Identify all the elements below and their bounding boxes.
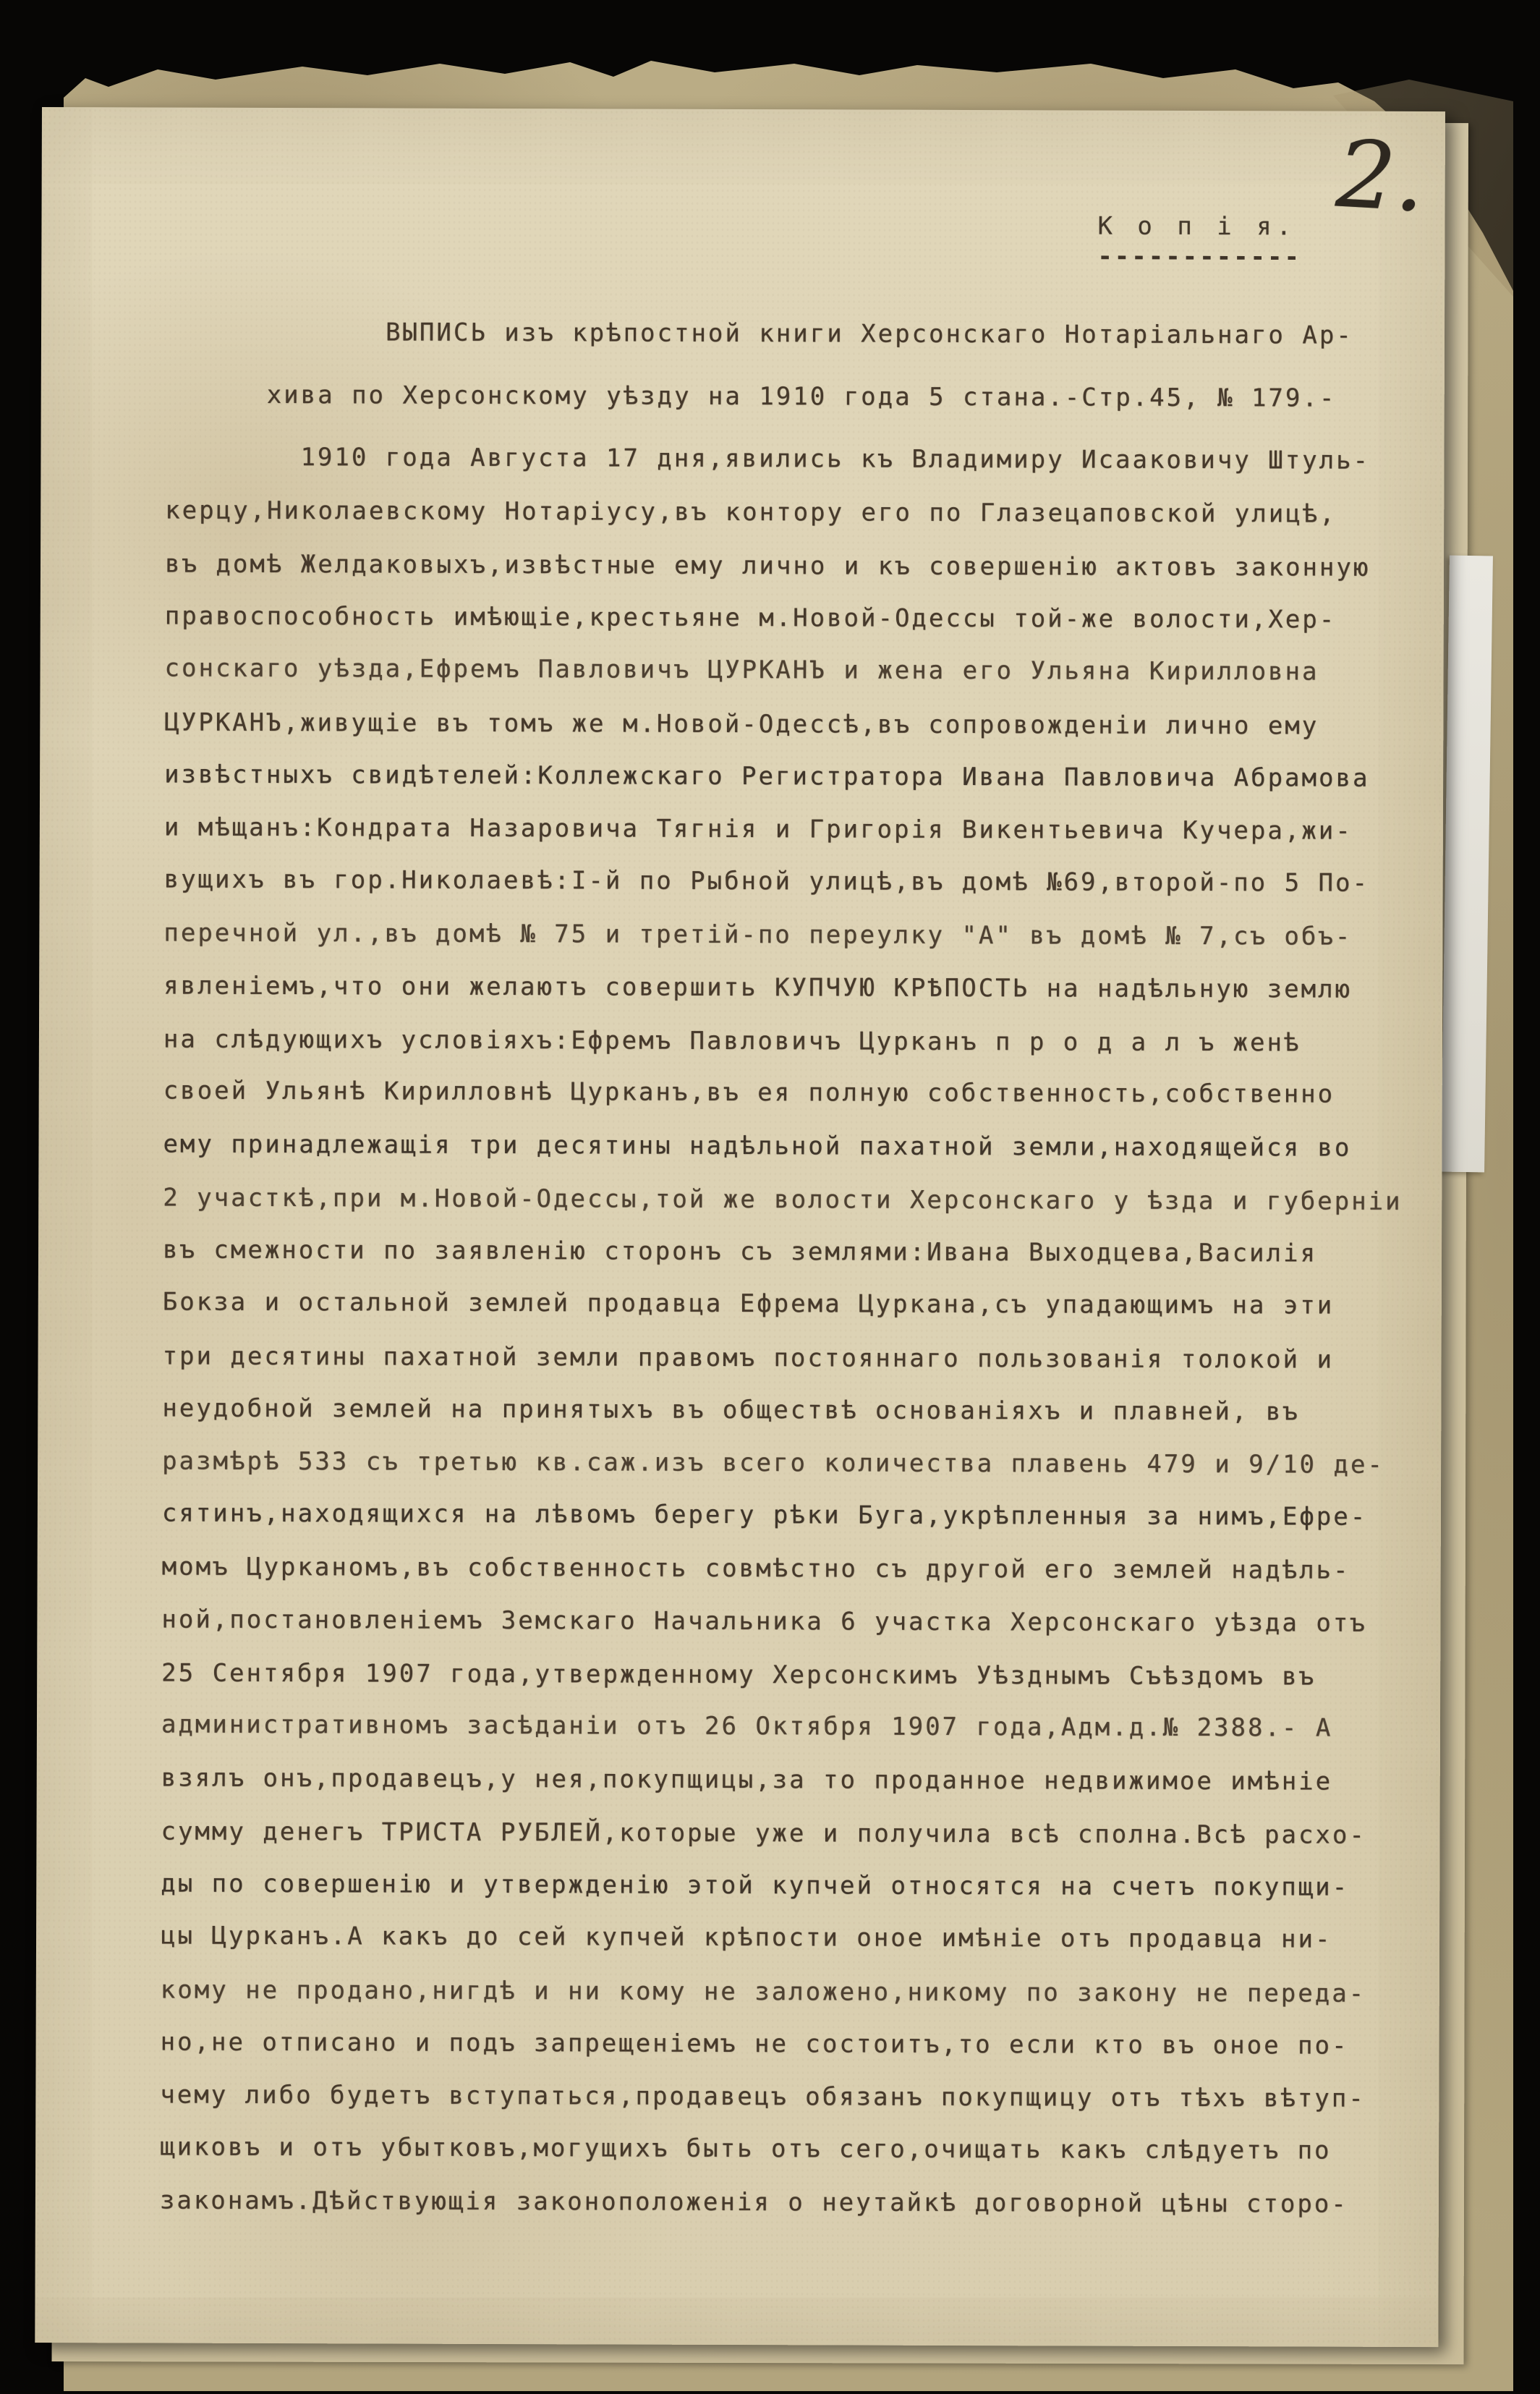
typed-line: размѣрѣ 533 съ третью кв.саж.изъ всего к… (162, 1435, 1435, 1493)
typed-line: сятинъ,находящихся на лѣвомъ берегу рѣки… (162, 1487, 1435, 1545)
typed-line: и мѣщанъ:Кондрата Назаровича Тягнія и Гр… (164, 802, 1437, 859)
scanned-document-photo: { "document": { "page_number_handwritten… (0, 0, 1540, 2394)
typed-line: сонскаго уѣзда,Ефремъ Павловичъ ЦУРКАНЪ … (164, 642, 1437, 700)
handwritten-page-number: 2. (1334, 121, 1484, 237)
document-page: 2. К о п і я. ------------ ВЫПИСЬ изъ кр… (35, 107, 1445, 2347)
typed-line: щиковъ и отъ убытковъ,могущихъ быть отъ … (160, 2121, 1433, 2178)
typed-line: на слѣдующихъ условіяхъ:Ефремъ Павловичъ… (163, 1014, 1437, 1071)
copy-label: К о п і я. (1097, 211, 1301, 243)
typed-line: ЦУРКАНЪ,живущіе въ томъ же м.Новой-Одесс… (164, 697, 1437, 754)
copy-label-block: К о п і я. ------------ (1097, 211, 1301, 271)
typed-line: законамъ.Дѣйствующія законоположенія о н… (160, 2175, 1433, 2232)
typed-line: момъ Цурканомъ,въ собственность совмѣстн… (162, 1541, 1435, 1598)
heading-line: хива по Херсонскому уѣзду на 1910 года 5… (166, 364, 1439, 430)
typed-line: взялъ онъ,продавецъ,у нея,покупщицы,за т… (161, 1752, 1434, 1809)
bookmark-strip (1441, 556, 1493, 1173)
typed-line: но,не отписано и подъ запрещеніемъ не со… (160, 2016, 1433, 2073)
typed-line: неудобной землей на принятыхъ въ обществ… (162, 1383, 1435, 1440)
typed-line: въ смежности по заявленію сторонъ съ зем… (163, 1224, 1436, 1281)
typed-line: Бокза и остальной землей продавца Ефрема… (163, 1276, 1436, 1333)
typed-line: сумму денегъ ТРИСТА РУБЛЕЙ,которые уже и… (161, 1806, 1434, 1863)
typed-line: правоспособность имѣющіе,крестьяне м.Нов… (165, 590, 1438, 648)
typed-line: перечной ул.,въ домѣ № 75 и третій-по пе… (163, 907, 1437, 964)
typed-line: въ домѣ Желдаковыхъ,извѣстные ему лично … (165, 538, 1438, 595)
typed-line: ему принадлежащія три десятины надѣльной… (163, 1119, 1436, 1176)
typed-line: цы Цурканъ.А какъ до сей купчей крѣпости… (161, 1910, 1434, 1967)
typed-line: кому не продано,нигдѣ и ни кому не залож… (161, 1964, 1434, 2021)
document-body: 1910 года Августа 17 дня,явились къ Влад… (160, 432, 1439, 2232)
typed-line: 1910 года Августа 17 дня,явились къ Влад… (165, 431, 1438, 488)
typed-line: керцу,Николаевскому Нотаріусу,въ контору… (165, 485, 1438, 542)
document-heading: ВЫПИСЬ изъ крѣпостной книги Херсонскаго … (166, 302, 1439, 430)
typed-line: явленіемъ,что они желаютъ совершить КУПЧ… (163, 960, 1437, 1017)
typed-line: ной,постановленіемъ Земскаго Начальника … (161, 1594, 1434, 1651)
typed-line: ды по совершенію и утвержденію этой купч… (161, 1858, 1434, 1915)
typed-line: административномъ засѣданіи отъ 26 Октяб… (161, 1699, 1434, 1756)
typed-line: чему либо будетъ вступаться,продавецъ об… (160, 2069, 1433, 2126)
typed-line: 25 Сентября 1907 года,утвержденному Херс… (161, 1647, 1434, 1705)
typed-line: три десятины пахатной земли правомъ пост… (162, 1330, 1435, 1388)
typed-line: извѣстныхъ свидѣтелей:Коллежскаго Регист… (164, 749, 1437, 806)
typed-line: вущихъ въ гор.Николаевѣ:I-й по Рыбной ул… (164, 854, 1437, 911)
heading-line: ВЫПИСЬ изъ крѣпостной книги Херсонскаго … (166, 301, 1439, 368)
typed-line: 2 участкѣ,при м.Новой-Одессы,той же воло… (163, 1172, 1436, 1229)
typed-line: своей Ульянѣ Кирилловнѣ Цурканъ,въ ея по… (163, 1065, 1437, 1122)
copy-label-underline: ------------ (1097, 244, 1301, 271)
